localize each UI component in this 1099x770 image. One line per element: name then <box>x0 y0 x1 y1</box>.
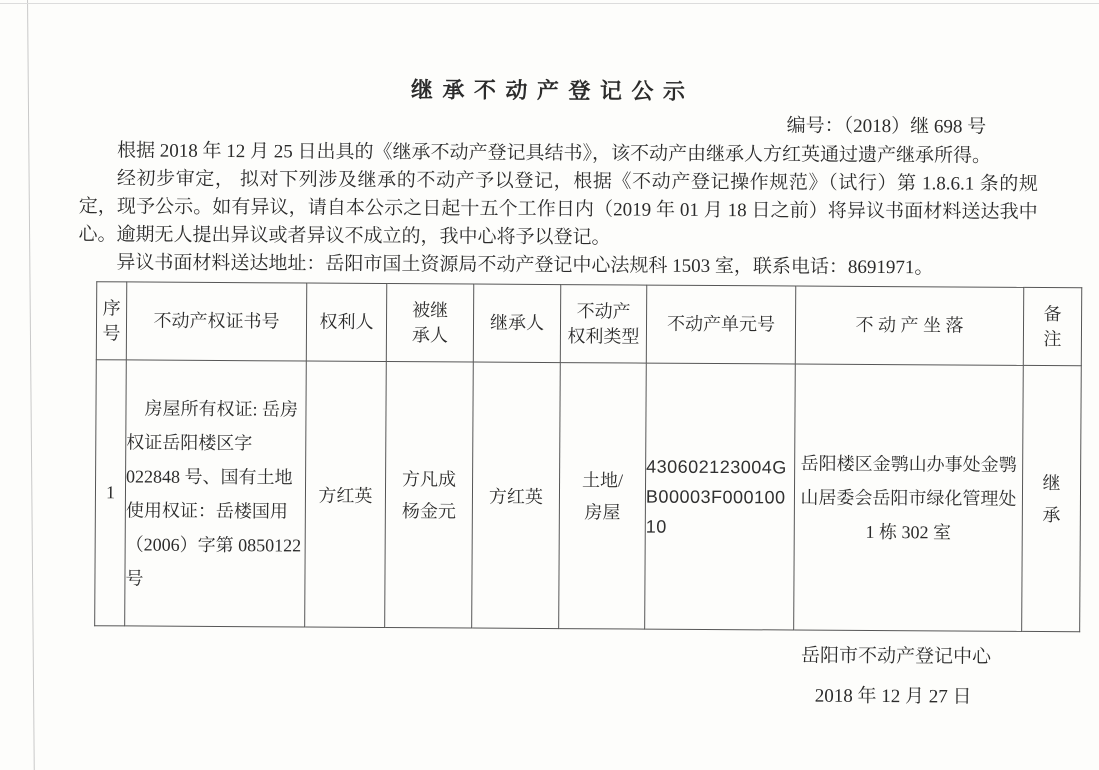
document-body: 根据 2018 年 12 月 25 日出具的《继承不动产登记具结书》，该不动产由… <box>78 137 1038 283</box>
paragraph-public-notice: 经初步审定， 拟对下列涉及继承的不动产予以登记，根据《不动产登记操作规范》（试行… <box>78 165 1037 255</box>
scanned-document-page: 继 承 不 动 产 登 记 公 示 编号：（2018）继 698 号 根据 20… <box>0 0 1099 770</box>
issuing-org: 岳阳市不动产登记中心 <box>801 643 1095 673</box>
col-header-heir: 继承人 <box>473 284 560 363</box>
col-header-decedent: 被继 承人 <box>386 284 473 363</box>
col-header-seq: 序 号 <box>96 282 126 360</box>
cell-unit-no: 430602123004GB00003F00010010 <box>645 363 796 630</box>
cell-seq: 1 <box>95 360 127 626</box>
col-header-cert-no: 不动产权证书号 <box>126 282 306 361</box>
col-header-right-type: 不动产 权利类型 <box>560 285 646 364</box>
table-header-row: 序 号 不动产权证书号 权利人 被继 承人 继承人 不动产 权利类型 不动产单元… <box>96 282 1081 366</box>
cell-location: 岳阳楼区金鹗山办事处金鹗山居委会岳阳市绿化管理处 1 栋 302 室 <box>794 364 1024 631</box>
cell-cert-no: 房屋所有权证: 岳房权证岳阳楼区字 022848 号、国有土地使用权证：岳楼国用… <box>125 360 307 627</box>
col-header-remark: 备 注 <box>1023 287 1081 365</box>
document-footer: 岳阳市不动产登记中心 2018 年 12 月 27 日 <box>801 643 1095 713</box>
document-title: 继 承 不 动 产 登 记 公 示 <box>0 75 1099 108</box>
cell-decedent: 方凡成 杨金元 <box>385 362 474 629</box>
issue-date: 2018 年 12 月 27 日 <box>815 683 1095 713</box>
cell-remark: 继 承 <box>1022 365 1082 631</box>
registration-table: 序 号 不动产权证书号 权利人 被继 承人 继承人 不动产 权利类型 不动产单元… <box>94 281 1082 632</box>
col-header-location: 不 动 产 坐 落 <box>795 286 1023 365</box>
col-header-unit-no: 不动产单元号 <box>646 285 795 364</box>
paragraph-contact-address: 异议书面材料送达地址：岳阳市国土资源局不动产登记中心法规科 1503 室，联系电… <box>78 249 1037 283</box>
table-row: 1 房屋所有权证: 岳房权证岳阳楼区字 022848 号、国有土地使用权证：岳楼… <box>95 360 1082 632</box>
cell-right-type: 土地/ 房屋 <box>559 363 647 630</box>
document-content: 继 承 不 动 产 登 记 公 示 编号：（2018）继 698 号 根据 20… <box>0 0 1099 712</box>
col-header-right-holder: 权利人 <box>306 283 386 361</box>
cell-right-holder: 方红英 <box>305 361 387 627</box>
cell-heir: 方红英 <box>472 362 561 629</box>
document-number: 编号：（2018）继 698 号 <box>0 109 1098 142</box>
